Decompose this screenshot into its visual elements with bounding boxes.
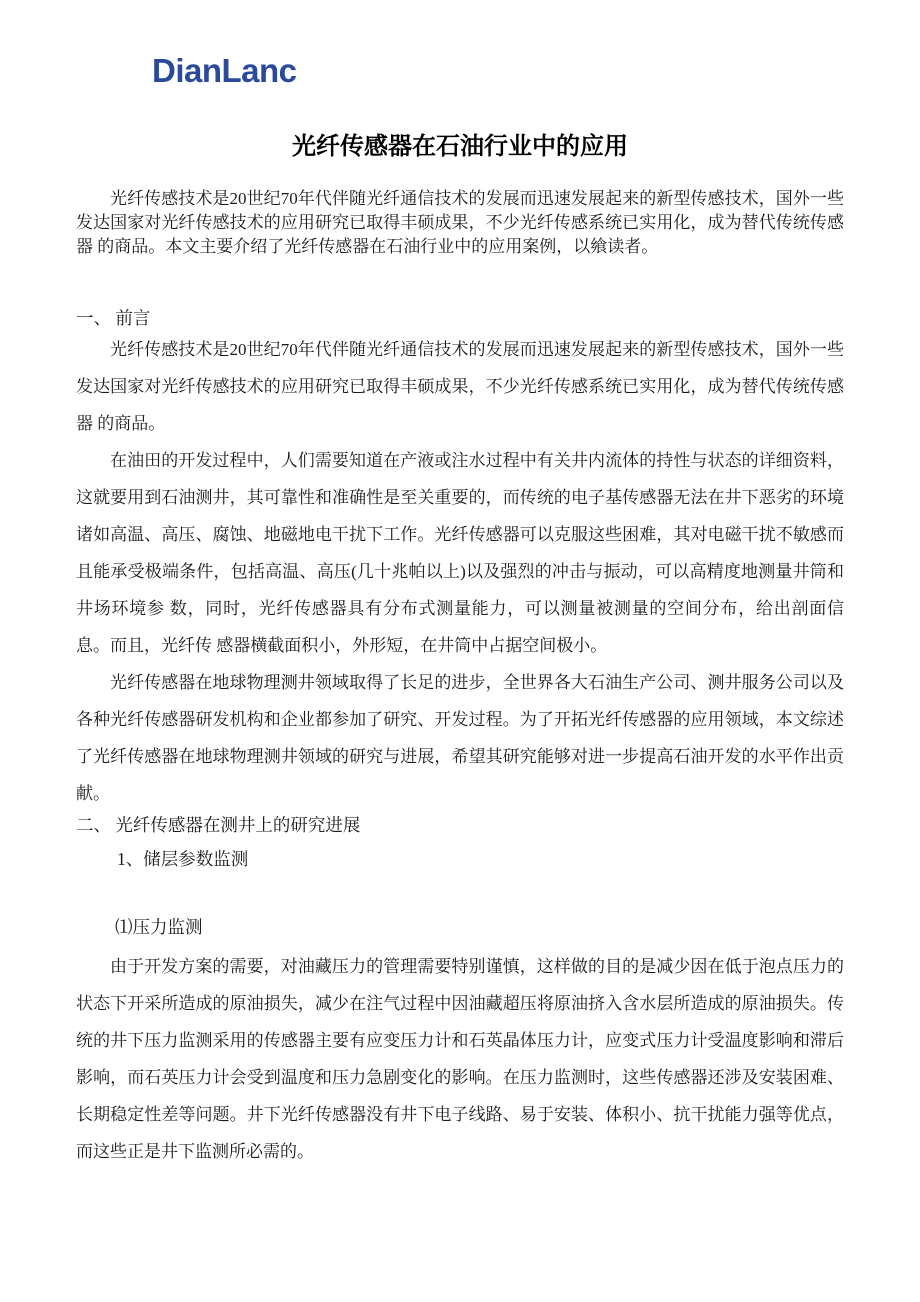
document-page: DianLanc 光纤传感器在石油行业中的应用 光纤传感技术是20世纪70年代伴… bbox=[0, 0, 920, 1302]
section-1-heading: 一、 前言 bbox=[76, 305, 844, 331]
section-1-paragraph-3: 光纤传感器在地球物理测井领域取得了长足的进步，全世界各大石油生产公司、测井服务公… bbox=[76, 664, 844, 812]
section-2-subheading: 1、储层参数监测 bbox=[76, 846, 844, 872]
section-2-paragraph-1: 由于开发方案的需要，对油藏压力的管理需要特别谨慎，这样做的目的是减少因在低于泡点… bbox=[76, 948, 844, 1170]
abstract-paragraph: 光纤传感技术是20世纪70年代伴随光纤通信技术的发展而迅速发展起来的新型传感技术… bbox=[76, 187, 844, 259]
section-2-subsubheading: ⑴压力监测 bbox=[76, 914, 844, 940]
section-1-paragraph-1: 光纤传感技术是20世纪70年代伴随光纤通信技术的发展而迅速发展起来的新型传感技术… bbox=[76, 331, 844, 442]
section-1-paragraph-2: 在油田的开发过程中，人们需要知道在产液或注水过程中有关井内流体的持性与状态的详细… bbox=[76, 442, 844, 664]
company-logo: DianLanc bbox=[152, 54, 297, 88]
document-content: 光纤传感器在石油行业中的应用 光纤传感技术是20世纪70年代伴随光纤通信技术的发… bbox=[0, 0, 920, 1170]
section-2-heading: 二、 光纤传感器在测井上的研究进展 bbox=[76, 812, 844, 838]
